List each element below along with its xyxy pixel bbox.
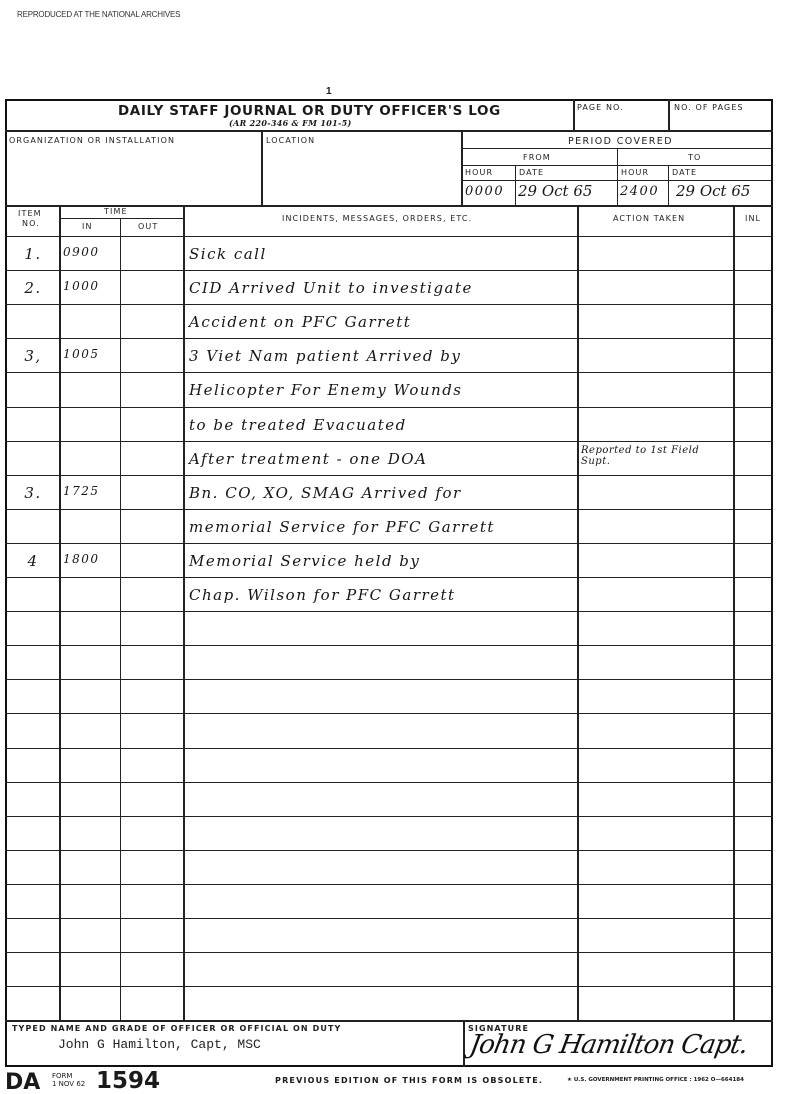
- to-hour-field[interactable]: 2400: [620, 184, 659, 199]
- item-no-header: ITEM: [18, 209, 42, 218]
- divider: [463, 1020, 465, 1067]
- divider: [261, 130, 263, 205]
- from-date-field[interactable]: 29 Oct 65: [518, 182, 592, 200]
- page-no-field[interactable]: [577, 114, 665, 128]
- cell-in[interactable]: 1800: [63, 552, 118, 566]
- divider: [461, 180, 773, 181]
- row-divider: [5, 645, 773, 646]
- form-date: 1 NOV 62: [52, 1080, 85, 1088]
- item-no-header-2: NO.: [22, 219, 40, 228]
- row-divider: [5, 441, 773, 442]
- form-label: FORM: [52, 1072, 85, 1080]
- row-divider: [5, 986, 773, 987]
- cell-item[interactable]: 4: [10, 552, 56, 570]
- page-mark: 1: [326, 86, 332, 97]
- previous-edition-note: PREVIOUS EDITION OF THIS FORM IS OBSOLET…: [275, 1076, 543, 1085]
- divider: [577, 205, 579, 1020]
- from-hour-field[interactable]: 0000: [465, 184, 504, 199]
- time-out-header: OUT: [138, 222, 158, 231]
- row-divider: [5, 338, 773, 339]
- location-field[interactable]: [266, 150, 456, 200]
- inl-header: INL: [745, 214, 761, 223]
- form-title: DAILY STAFF JOURNAL OR DUTY OFFICER'S LO…: [118, 103, 501, 119]
- row-divider: [5, 236, 773, 237]
- row-divider: [5, 816, 773, 817]
- cell-action[interactable]: Reported to 1st Field Supt.: [581, 445, 731, 467]
- row-divider: [5, 850, 773, 851]
- divider: [515, 165, 516, 205]
- row-divider: [5, 270, 773, 271]
- divider: [183, 205, 185, 1020]
- cell-in[interactable]: 1000: [63, 279, 118, 293]
- divider: [461, 165, 773, 166]
- cell-in[interactable]: 1005: [63, 347, 118, 361]
- time-header: TIME: [104, 207, 128, 216]
- cell-text[interactable]: memorial Service for PFC Garrett: [189, 518, 574, 536]
- officer-name-field[interactable]: John G Hamilton, Capt, MSC: [58, 1037, 261, 1052]
- cell-text[interactable]: to be treated Evacuated: [189, 416, 574, 434]
- row-divider: [5, 679, 773, 680]
- signature-field[interactable]: John G Hamilton Capt.: [467, 1030, 749, 1060]
- cell-text[interactable]: CID Arrived Unit to investigate: [189, 279, 574, 297]
- divider: [668, 99, 670, 130]
- cell-item[interactable]: 1.: [10, 245, 56, 263]
- row-divider: [5, 918, 773, 919]
- divider: [668, 165, 669, 205]
- cell-text[interactable]: Accident on PFC Garrett: [189, 313, 574, 331]
- from-label: FROM: [523, 153, 551, 162]
- cell-text[interactable]: Bn. CO, XO, SMAG Arrived for: [189, 484, 574, 502]
- printing-office-note: ★ U.S. GOVERNMENT PRINTING OFFICE : 1962…: [567, 1077, 744, 1083]
- no-of-pages-label: NO. OF PAGES: [674, 103, 744, 112]
- divider: [733, 205, 735, 1020]
- divider: [59, 218, 183, 219]
- form-edition: FORM 1 NOV 62: [52, 1072, 85, 1088]
- form-number: 1594: [96, 1068, 160, 1094]
- page-no-label: PAGE NO.: [577, 103, 624, 112]
- row-divider: [5, 782, 773, 783]
- cell-text[interactable]: Helicopter For Enemy Wounds: [189, 381, 574, 399]
- to-date-field[interactable]: 29 Oct 65: [676, 182, 750, 200]
- row-divider: [5, 577, 773, 578]
- divider: [461, 130, 463, 205]
- time-in-header: IN: [82, 222, 93, 231]
- cell-text[interactable]: Chap. Wilson for PFC Garrett: [189, 586, 574, 604]
- organization-label: ORGANIZATION OR INSTALLATION: [9, 136, 175, 145]
- no-of-pages-field[interactable]: [674, 114, 769, 128]
- period-covered-label: PERIOD COVERED: [568, 136, 673, 147]
- row-divider: [5, 543, 773, 544]
- form-series: DA: [5, 1070, 40, 1094]
- row-divider: [5, 748, 773, 749]
- cell-text[interactable]: Memorial Service held by: [189, 552, 574, 570]
- row-divider: [5, 611, 773, 612]
- cell-item[interactable]: 3,: [10, 347, 56, 365]
- to-date-label: DATE: [672, 168, 697, 177]
- row-divider: [5, 952, 773, 953]
- officer-label: TYPED NAME AND GRADE OF OFFICER OR OFFIC…: [12, 1024, 341, 1033]
- from-date-label: DATE: [519, 168, 544, 177]
- archive-stamp: REPRODUCED AT THE NATIONAL ARCHIVES: [17, 10, 180, 19]
- from-hour-label: HOUR: [465, 168, 493, 177]
- row-divider: [5, 713, 773, 714]
- action-taken-header: ACTION TAKEN: [613, 214, 685, 223]
- row-divider: [5, 407, 773, 408]
- cell-in[interactable]: 0900: [63, 245, 118, 259]
- row-divider: [5, 475, 773, 476]
- divider: [5, 130, 773, 132]
- cell-item[interactable]: 3.: [10, 484, 56, 502]
- divider: [5, 1020, 773, 1022]
- cell-text[interactable]: After treatment - one DOA: [189, 450, 574, 468]
- row-divider: [5, 304, 773, 305]
- form-subtitle: (AR 220-346 & FM 101-5): [229, 118, 352, 128]
- divider: [59, 205, 61, 1020]
- row-divider: [5, 884, 773, 885]
- organization-field[interactable]: [9, 150, 257, 200]
- to-hour-label: HOUR: [621, 168, 649, 177]
- location-label: LOCATION: [266, 136, 315, 145]
- divider: [617, 148, 618, 205]
- to-label: TO: [688, 153, 701, 162]
- cell-item[interactable]: 2.: [10, 279, 56, 297]
- row-divider: [5, 509, 773, 510]
- row-divider: [5, 372, 773, 373]
- cell-text[interactable]: 3 Viet Nam patient Arrived by: [189, 347, 574, 365]
- divider: [573, 99, 575, 130]
- cell-in[interactable]: 1725: [63, 484, 118, 498]
- incidents-header: INCIDENTS, MESSAGES, ORDERS, ETC.: [282, 214, 472, 223]
- cell-text[interactable]: Sick call: [189, 245, 574, 263]
